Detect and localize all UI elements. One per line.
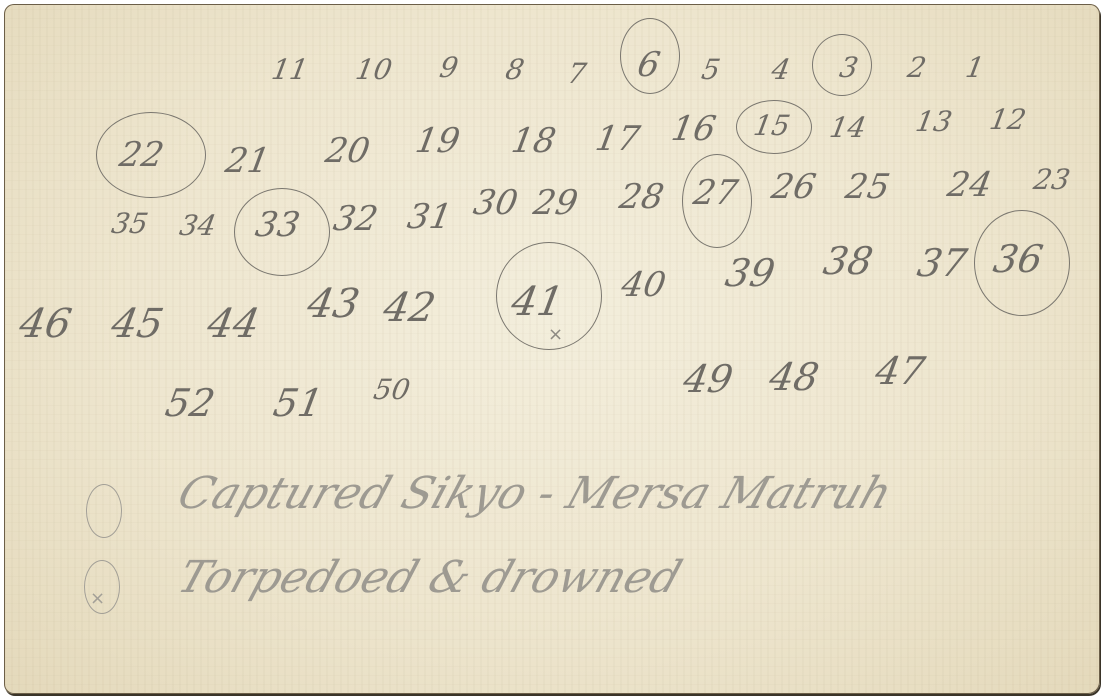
number-40: 40 bbox=[619, 268, 668, 302]
number-49: 49 bbox=[681, 360, 736, 398]
capture-circle-36 bbox=[974, 210, 1070, 316]
number-9: 9 bbox=[438, 54, 461, 82]
number-4: 4 bbox=[770, 56, 793, 84]
number-46: 46 bbox=[16, 304, 74, 344]
number-8: 8 bbox=[504, 56, 527, 84]
capture-circle-22 bbox=[96, 112, 206, 198]
number-51: 51 bbox=[271, 384, 326, 422]
number-12: 12 bbox=[988, 106, 1029, 134]
number-13: 13 bbox=[914, 108, 955, 136]
capture-circle-3 bbox=[812, 34, 872, 96]
capture-circle-15 bbox=[736, 100, 812, 154]
number-37: 37 bbox=[915, 244, 970, 282]
number-35: 35 bbox=[110, 210, 151, 238]
number-42: 42 bbox=[380, 288, 438, 328]
number-43: 43 bbox=[304, 284, 362, 324]
capture-circle-27 bbox=[682, 154, 752, 248]
number-16: 16 bbox=[669, 112, 718, 146]
number-34: 34 bbox=[178, 212, 219, 240]
number-28: 28 bbox=[617, 180, 666, 214]
number-24: 24 bbox=[945, 168, 994, 202]
number-5: 5 bbox=[700, 56, 723, 84]
number-48: 48 bbox=[767, 358, 822, 396]
number-23: 23 bbox=[1032, 166, 1073, 194]
legend-captured-circle bbox=[86, 484, 122, 538]
number-44: 44 bbox=[204, 304, 262, 344]
number-7: 7 bbox=[566, 60, 589, 88]
number-18: 18 bbox=[509, 124, 558, 158]
number-52: 52 bbox=[163, 384, 218, 422]
number-32: 32 bbox=[331, 202, 380, 236]
legend-captured-text: Captured Sikyo - Mersa Matruh bbox=[172, 468, 899, 519]
number-19: 19 bbox=[413, 124, 462, 158]
number-39: 39 bbox=[723, 254, 778, 292]
x-mark-41: × bbox=[548, 324, 563, 345]
legend-x-mark: × bbox=[90, 588, 105, 609]
number-25: 25 bbox=[843, 170, 892, 204]
number-2: 2 bbox=[906, 54, 929, 82]
legend-torpedoed-text: Torpedoed & drowned bbox=[172, 552, 688, 603]
number-21: 21 bbox=[223, 144, 272, 178]
number-31: 31 bbox=[405, 200, 454, 234]
number-38: 38 bbox=[821, 242, 876, 280]
number-1: 1 bbox=[964, 54, 987, 82]
number-30: 30 bbox=[471, 186, 520, 220]
number-11: 11 bbox=[270, 56, 311, 84]
postcard-back: 11 10 9 8 7 6 5 4 3 2 1 22 21 20 19 18 1… bbox=[4, 4, 1100, 694]
number-10: 10 bbox=[354, 56, 395, 84]
number-26: 26 bbox=[769, 170, 818, 204]
number-20: 20 bbox=[323, 134, 372, 168]
number-45: 45 bbox=[108, 304, 166, 344]
number-50: 50 bbox=[372, 376, 413, 404]
capture-circle-33 bbox=[234, 188, 330, 276]
number-29: 29 bbox=[531, 186, 580, 220]
capture-circle-6 bbox=[620, 18, 680, 94]
number-14: 14 bbox=[828, 114, 869, 142]
number-47: 47 bbox=[873, 352, 928, 390]
number-17: 17 bbox=[593, 122, 642, 156]
